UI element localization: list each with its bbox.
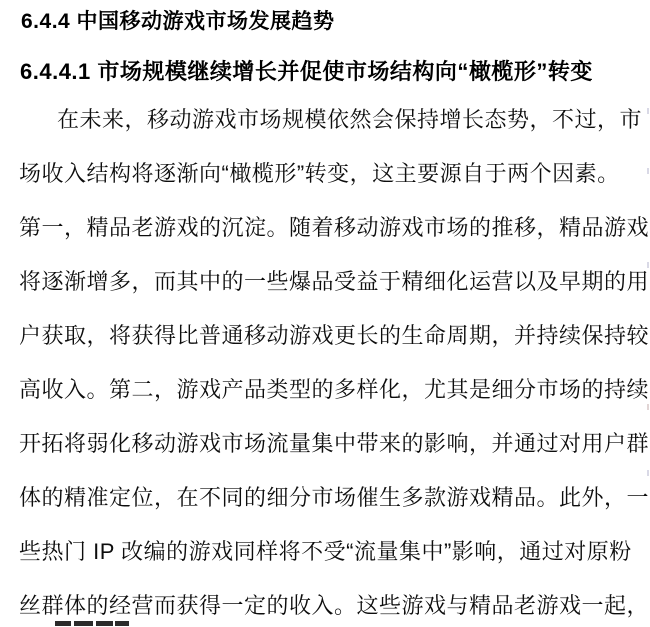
paragraph-body: 在未来，移动游戏市场规模依然会保持增长态势，不过，市 场收入结构将逐渐向“橄榄形… [19, 93, 613, 627]
edge-artifact [647, 262, 649, 268]
paragraph-line: 些热门 IP 改编的游戏同样将不受“流量集中”影响，通过对原粉 [19, 525, 613, 579]
edge-artifact [647, 470, 649, 476]
paragraph-line: 开拓将弱化移动游戏市场流量集中带来的影响，并通过对用户群 [19, 417, 613, 471]
edge-artifact [647, 168, 649, 174]
paragraph-line: 高收入。第二，游戏产品类型的多样化，尤其是细分市场的持续 [19, 363, 613, 417]
section-heading: 6.4.4 中国移动游戏市场发展趋势 [21, 5, 335, 35]
edge-artifact [647, 404, 649, 410]
paragraph-line: 在未来，移动游戏市场规模依然会保持增长态势，不过，市 [19, 93, 613, 147]
paragraph-line: 户获取，将获得比普通移动游戏更长的生命周期，并持续保持较 [19, 309, 613, 363]
paragraph-line: 将逐渐增多，而其中的一些爆品受益于精细化运营以及早期的用 [19, 255, 613, 309]
clipped-content-fragment [55, 621, 129, 626]
paragraph-line: 丝群体的经营而获得一定的收入。这些游戏与精品老游戏一起， [19, 579, 613, 627]
document-page: 6.4.4 中国移动游戏市场发展趋势 6.4.4.1 市场规模继续增长并促使市场… [0, 0, 650, 627]
subsection-heading: 6.4.4.1 市场规模继续增长并促使市场结构向“橄榄形”转变 [20, 55, 593, 86]
paragraph-line: 场收入结构将逐渐向“橄榄形”转变，这主要源自于两个因素。 [19, 147, 613, 201]
paragraph-line: 第一，精品老游戏的沉淀。随着移动游戏市场的推移，精品游戏 [19, 201, 613, 255]
edge-artifact [647, 108, 649, 114]
paragraph-line: 体的精准定位，在不同的细分市场催生多款游戏精品。此外，一 [19, 471, 613, 525]
